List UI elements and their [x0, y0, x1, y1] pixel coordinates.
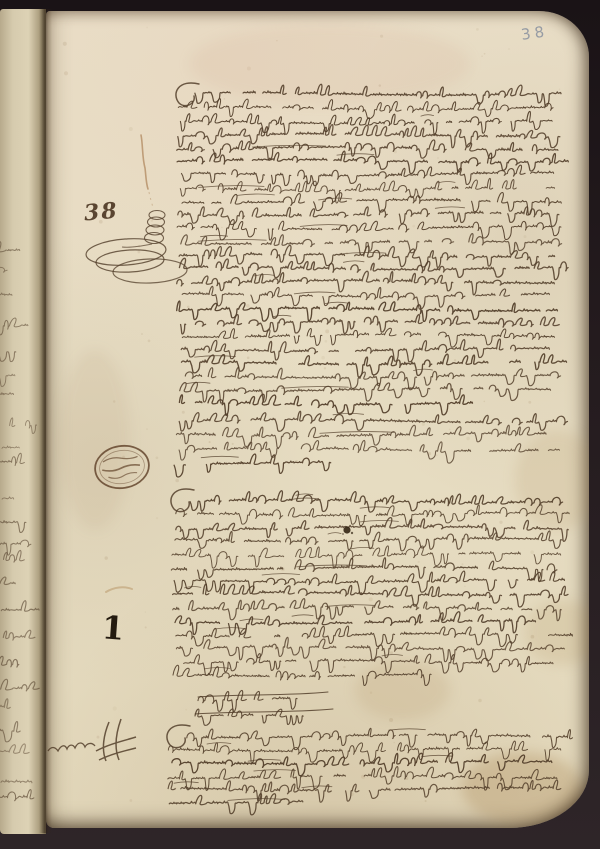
- manuscript-photo: 38 38 1: [0, 0, 600, 849]
- stain: [60, 350, 130, 530]
- stain: [190, 24, 470, 104]
- stain: [462, 752, 582, 824]
- stain: [525, 600, 589, 665]
- folio-number-corner: 38: [520, 22, 549, 44]
- manuscript-page: [46, 11, 589, 828]
- binding-gutter: [39, 9, 52, 833]
- margin-numeral: 1: [101, 608, 126, 647]
- stain: [355, 660, 450, 720]
- folio-number-margin: 38: [83, 198, 120, 227]
- stain: [515, 430, 589, 530]
